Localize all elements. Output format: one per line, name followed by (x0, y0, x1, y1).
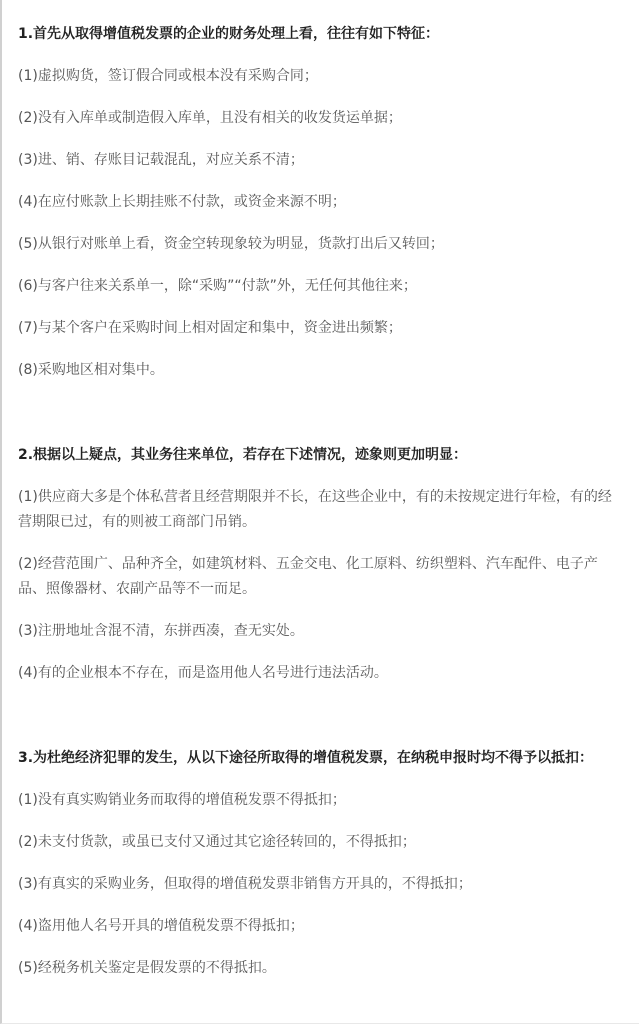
section-heading: 1.首先从取得增值税发票的企业的财务处理上看，往往有如下特征： (18, 22, 618, 47)
list-item: (5)从银行对账单上看，资金空转现象较为明显，货款打出后又转回； (18, 232, 618, 257)
list-item: (2)没有入库单或制造假入库单，且没有相关的收发货运单据； (18, 106, 618, 131)
list-item: (4)盗用他人名号开具的增值税发票不得抵扣； (18, 914, 618, 939)
list-item: (2)经营范围广、品种齐全，如建筑材料、五金交电、化工原料、纺织塑料、汽车配件、… (18, 552, 618, 602)
section-3: 3.为杜绝经济犯罪的发生，从以下途径所取得的增值税发票，在纳税申报时均不得予以抵… (18, 746, 618, 981)
list-item: (3)注册地址含混不清，东拼西凑，查无实处。 (18, 619, 618, 644)
list-item: (8)采购地区相对集中。 (18, 358, 618, 383)
list-item: (7)与某个客户在采购时间上相对固定和集中，资金进出频繁； (18, 316, 618, 341)
list-item: (3)进、销、存账目记载混乱，对应关系不清； (18, 148, 618, 173)
list-item: (1)虚拟购货，签订假合同或根本没有采购合同； (18, 64, 618, 89)
article-page: 1.首先从取得增值税发票的企业的财务处理上看，往往有如下特征： (1)虚拟购货，… (0, 0, 639, 1024)
section-heading: 3.为杜绝经济犯罪的发生，从以下途径所取得的增值税发票，在纳税申报时均不得予以抵… (18, 746, 618, 771)
section-spacer (18, 703, 618, 746)
list-item: (2)未支付货款，或虽已支付又通过其它途径转回的，不得抵扣； (18, 830, 618, 855)
list-item: (4)有的企业根本不存在，而是盗用他人名号进行违法活动。 (18, 661, 618, 686)
list-item: (4)在应付账款上长期挂账不付款，或资金来源不明； (18, 190, 618, 215)
list-item: (3)有真实的采购业务，但取得的增值税发票非销售方开具的，不得抵扣； (18, 872, 618, 897)
list-item: (1)供应商大多是个体私营者且经营期限并不长，在这些企业中，有的未按规定进行年检… (18, 485, 618, 535)
section-2: 2.根据以上疑点，其业务往来单位，若存在下述情况，迹象则更加明显： (1)供应商… (18, 443, 618, 686)
list-item: (5)经税务机关鉴定是假发票的不得抵扣。 (18, 956, 618, 981)
list-item: (1)没有真实购销业务而取得的增值税发票不得抵扣； (18, 788, 618, 813)
list-item: (6)与客户往来关系单一，除“采购”“付款”外，无任何其他往来； (18, 274, 618, 299)
article-content: 1.首先从取得增值税发票的企业的财务处理上看，往往有如下特征： (1)虚拟购货，… (18, 22, 618, 998)
section-heading: 2.根据以上疑点，其业务往来单位，若存在下述情况，迹象则更加明显： (18, 443, 618, 468)
section-1: 1.首先从取得增值税发票的企业的财务处理上看，往往有如下特征： (1)虚拟购货，… (18, 22, 618, 383)
section-spacer (18, 400, 618, 443)
